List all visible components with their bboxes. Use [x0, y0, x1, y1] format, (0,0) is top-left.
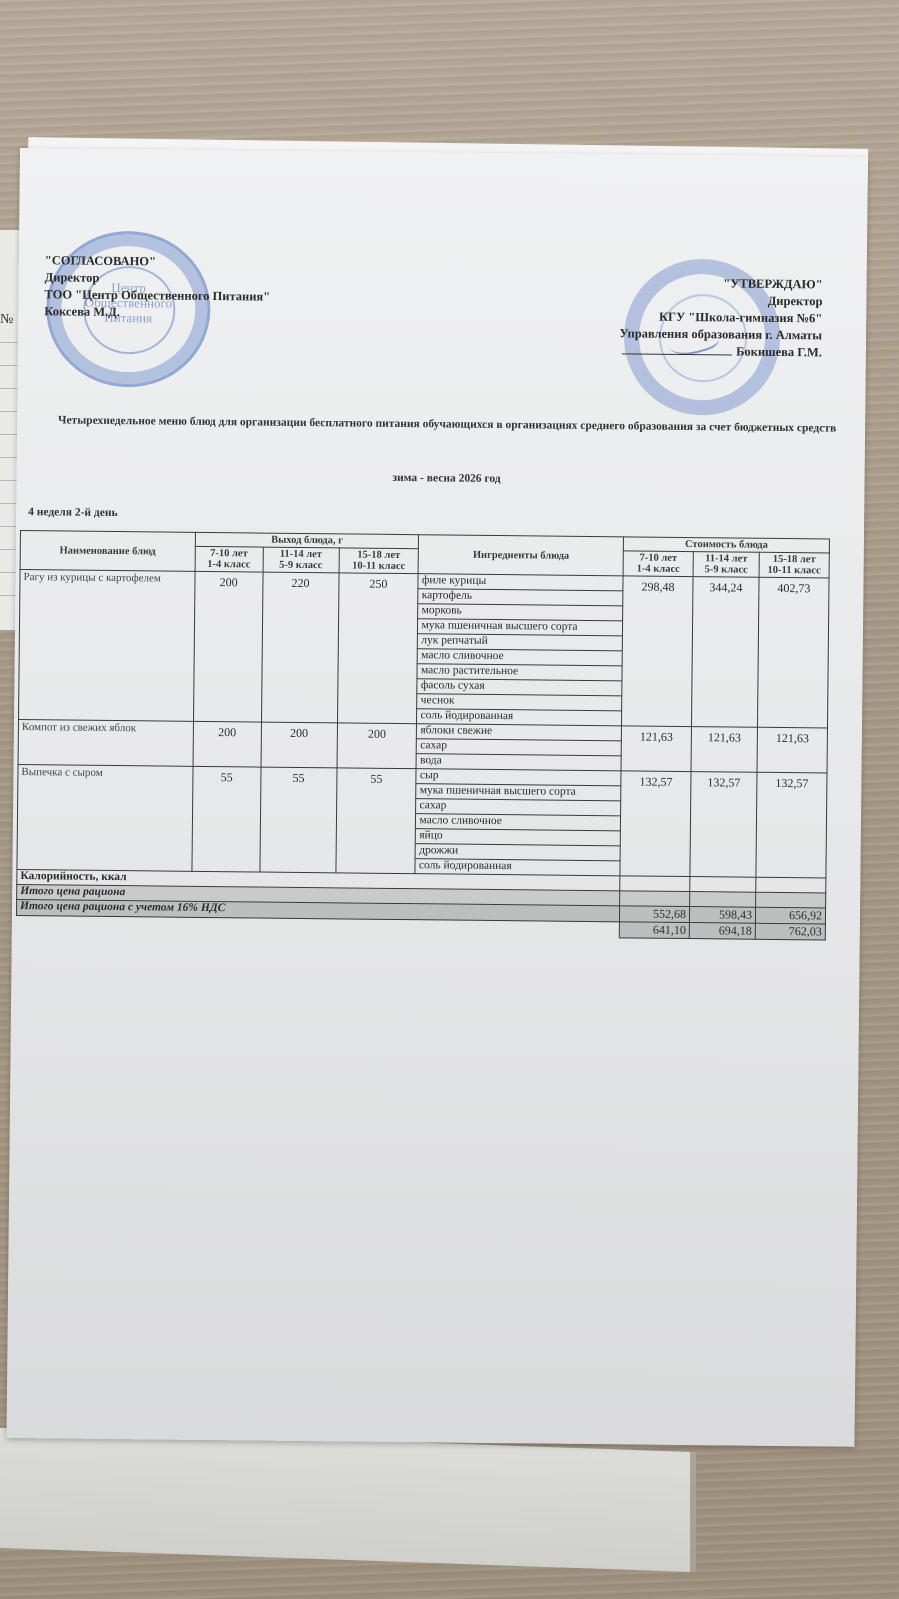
week-day-label: 4 неделя 2-й день [28, 506, 118, 519]
header-yield-age-3: 15-18 лет10-11 класс [339, 548, 419, 574]
header-cost-age-1: 7-10 лет1-4 класс [623, 551, 693, 577]
dish-cost: 132,57 [620, 771, 691, 877]
dish-yield: 200 [193, 721, 261, 767]
signature-line [622, 353, 732, 355]
document-season: зима - весна 2026 год [47, 468, 847, 488]
dish-cost: 121,63 [691, 727, 757, 773]
dish-name: Компот из свежих яблок [18, 720, 193, 767]
dish-yield: 200 [193, 571, 262, 722]
header-yield-age-1: 7-10 лет1-4 класс [195, 546, 263, 572]
dish-yield: 200 [261, 722, 337, 768]
header-yield-age-2: 11-14 лет5-9 класс [263, 547, 339, 573]
dish-cost: 298,48 [622, 576, 693, 727]
header-dish-name: Наименование блюд [20, 531, 195, 572]
dish-yield: 55 [335, 768, 416, 874]
dish-cost: 121,63 [757, 727, 827, 773]
dish-cost: 121,63 [621, 726, 691, 772]
menu-table-body: Рагу из курицы с картофелем200220250филе… [17, 570, 829, 878]
dish-cost: 132,57 [690, 772, 757, 878]
approval-block-agreed: "СОГЛАСОВАНО" Директор ТОО "Центр Общест… [44, 252, 270, 322]
approval-block-approved: "УТВЕРЖДАЮ" Директор КГУ "Школа-гимназия… [619, 274, 823, 361]
total-price-value: 598,43 [689, 907, 755, 924]
dish-yield: 200 [337, 723, 417, 769]
total-price-vat-value: 762,03 [755, 923, 825, 940]
dish-name: Рагу из курицы с картофелем [19, 570, 195, 722]
dish-cost: 132,57 [756, 772, 827, 878]
approval-name: Коксева М.Д. [44, 303, 270, 322]
document-title: Четырехнедельное меню блюд для организац… [47, 412, 847, 436]
total-price-value: 552,68 [620, 906, 690, 923]
header-ingredients: Ингредиенты блюда [419, 535, 624, 576]
menu-table: Наименование блюд Выход блюда, г Ингреди… [16, 530, 830, 940]
approval-department: Управления образования г. Алматы [619, 325, 822, 344]
dish-yield: 250 [337, 573, 418, 724]
dish-yield: 55 [192, 766, 261, 872]
menu-summary: Калорийность, ккал Итого цена рациона Ит… [16, 870, 826, 940]
approval-position: Директор [620, 291, 823, 310]
dish-name: Выпечка с сыром [17, 765, 193, 872]
dish-yield: 220 [261, 572, 338, 723]
dish-yield: 55 [260, 767, 337, 873]
dish-cost: 402,73 [757, 577, 829, 728]
header-cost-age-2: 11-14 лет5-9 класс [693, 552, 759, 578]
header-cost-age-3: 15-18 лет10-11 класс [759, 552, 829, 578]
approval-name: Бокишева Г.М. [736, 345, 822, 360]
plastic-sleeve [0, 1428, 696, 1572]
menu-document: Центр Общественного Питания "СОГЛАСОВАНО… [6, 148, 867, 1447]
dish-cost: 344,24 [692, 577, 760, 728]
approval-heading: "УТВЕРЖДАЮ" [620, 274, 823, 293]
total-price-vat-value: 694,18 [689, 923, 755, 940]
approval-organization: КГУ "Школа-гимназия №6" [619, 308, 822, 327]
total-price-value: 656,92 [755, 907, 825, 924]
total-price-vat-value: 641,10 [619, 922, 689, 939]
